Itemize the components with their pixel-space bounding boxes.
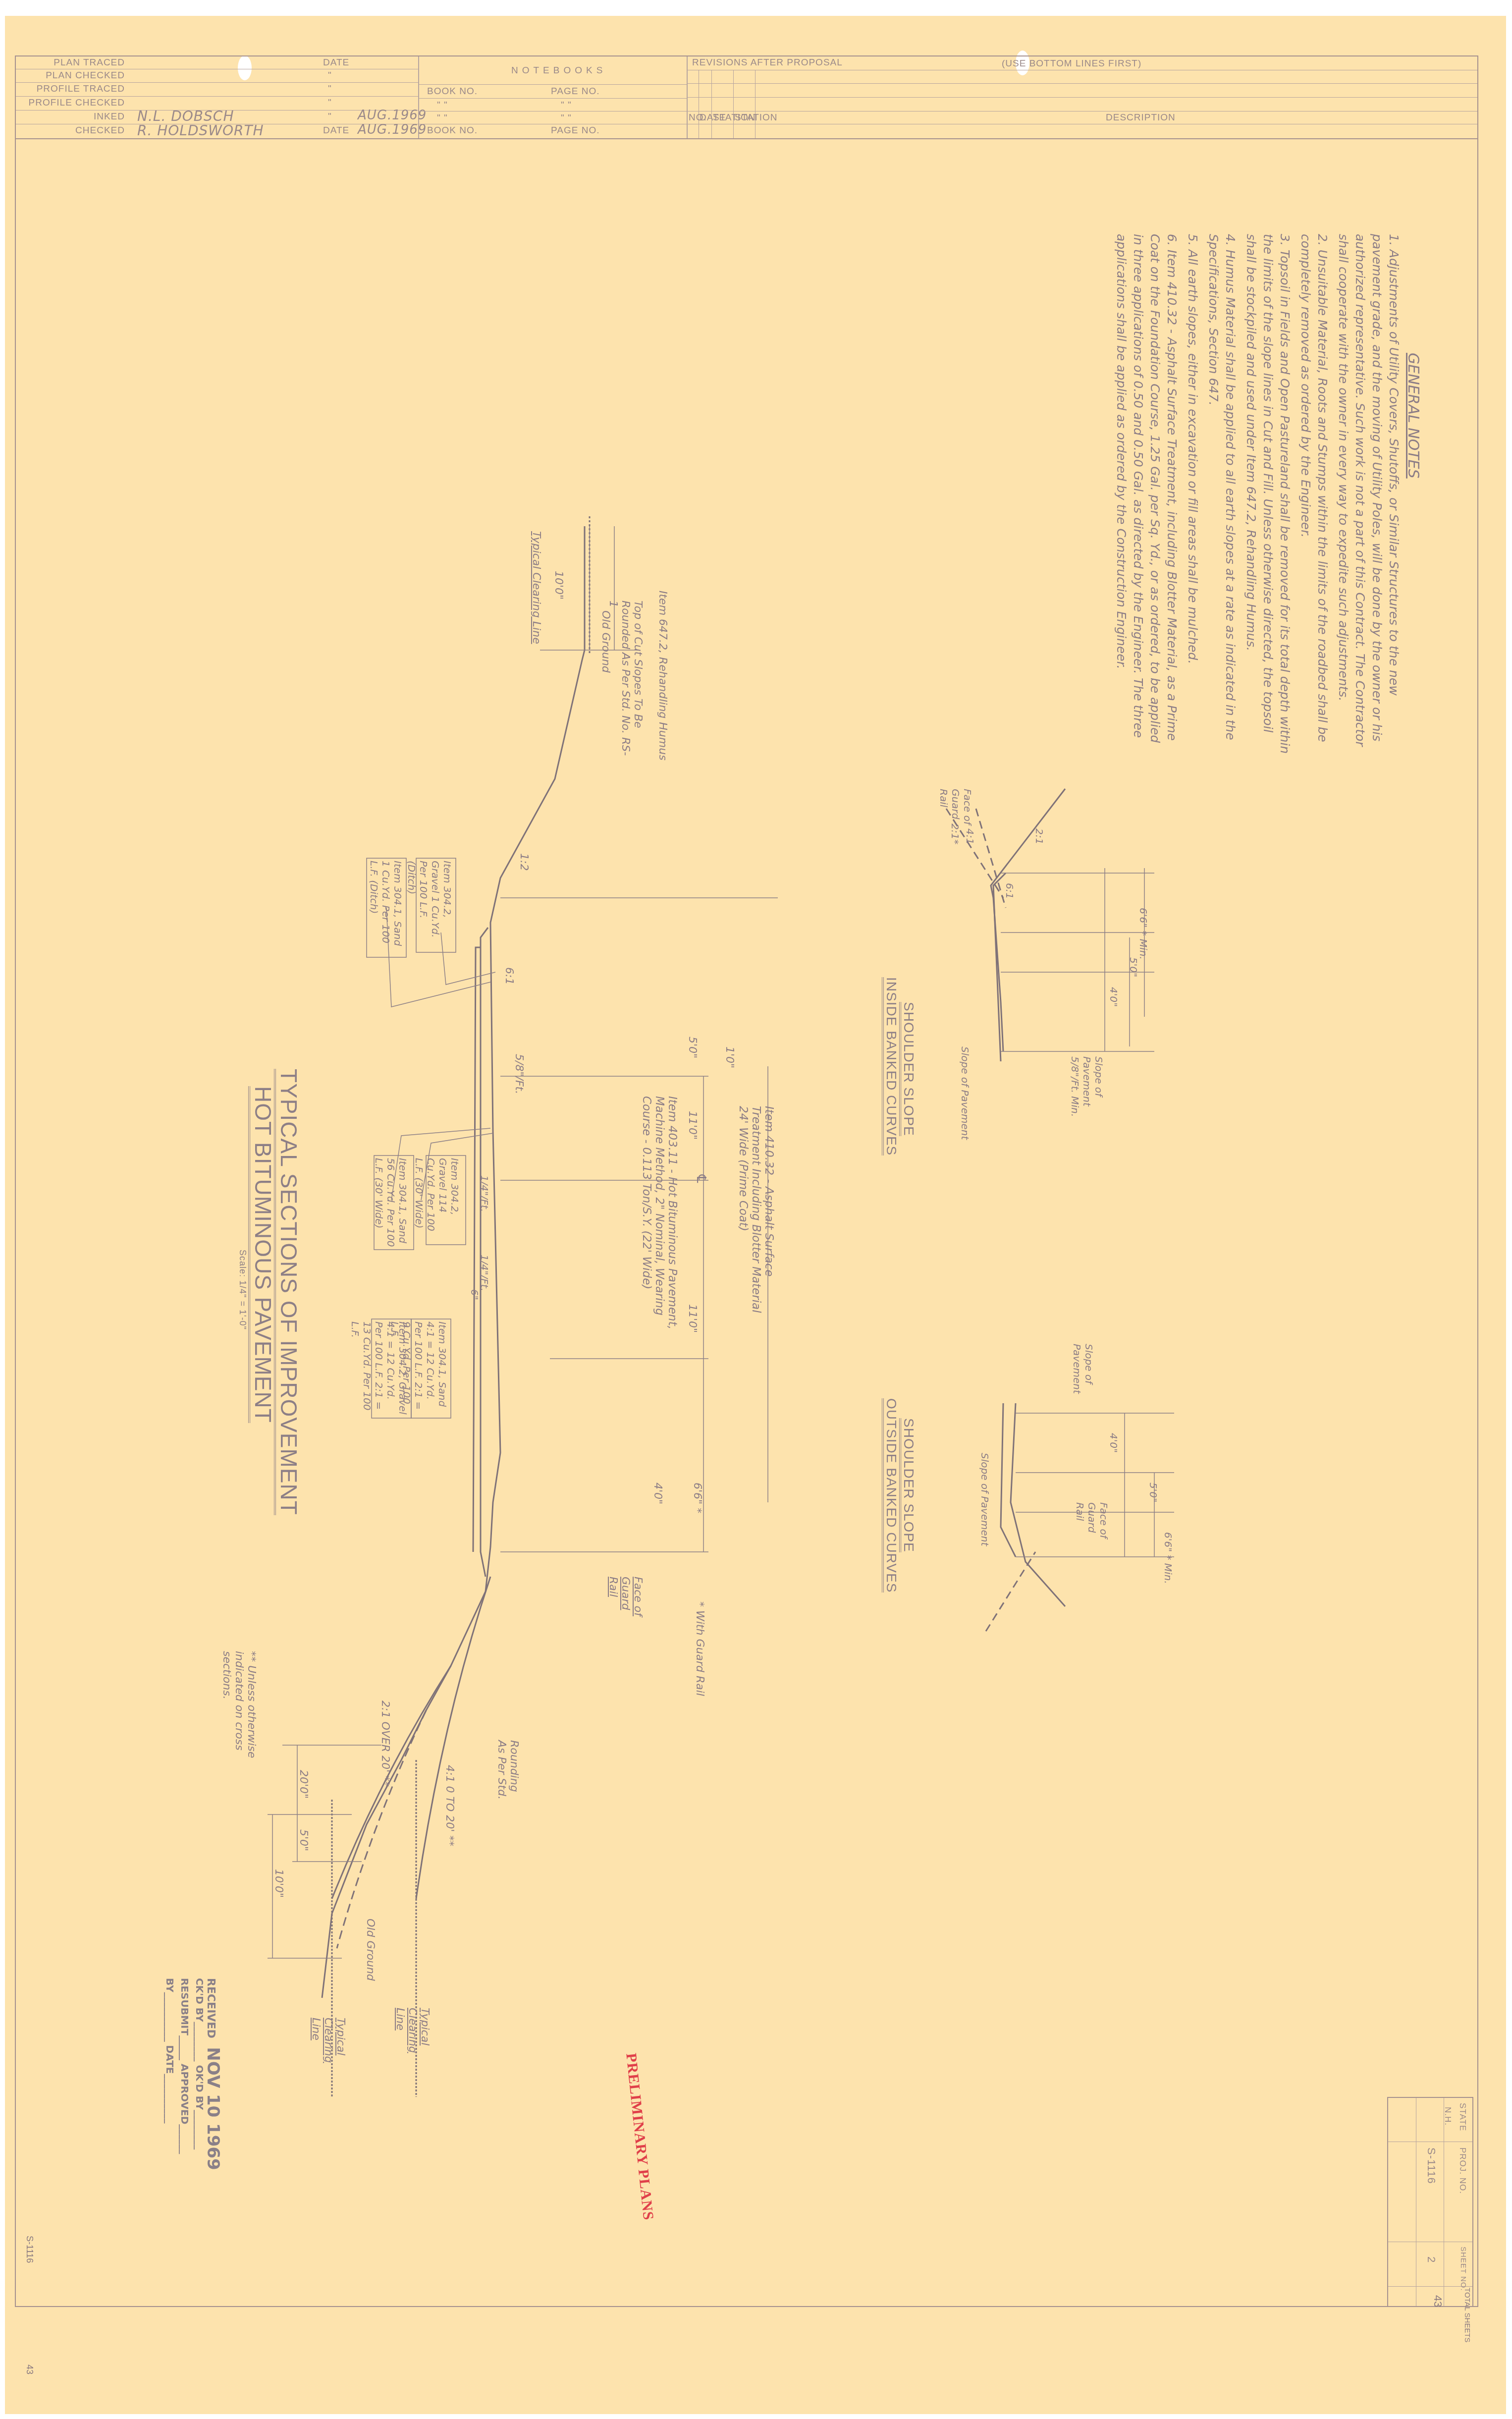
main-scale: Scale: 1/4" = 1'-0" [237,1250,248,1330]
label-top-of-cut: Top of Cut Slopes To Be Rounded As Per S… [607,601,644,759]
footnote-unless-indicated: ** Unless otherwise indicated on cross s… [220,1651,258,1780]
dim-5ft: 5'0" [1147,1483,1159,1502]
centerline-symbol: ℄ [694,1173,708,1184]
dim-10ft: 10'0" [272,1869,285,1898]
label-face-guard-rail: Face of Guard Rail [607,1577,644,1631]
stamp-approved: APPROVED [179,2064,191,2124]
main-section-subtitle: HOT BITUMINOUS PAVEMENT [250,1086,276,1423]
label-old-ground: Old Ground [364,1919,377,1981]
dim-6ft6in: 6'6" * Min. [1137,908,1149,960]
label-surface-treatment: Item 410.32 - Asphalt Surface Treatment … [737,1106,775,1314]
drawing-sheet: PLAN TRACED PLAN CHECKED PROFILE TRACED … [5,16,1506,2414]
stamp-by: BY [164,1978,176,1992]
label-slope-4-1: 4:1 0 TO 20' ** [443,1765,456,1846]
dim-11ft: 11'0" [686,1111,699,1140]
dim-5ft: 5'0" [297,1829,310,1851]
outside-curve-title: SHOULDER SLOPE [901,1418,917,1552]
inside-curve-subtitle: INSIDE BANKED CURVES [883,977,899,1155]
label-sand-ditch: Item 304.1, Sand 1 Cu.Yd. Per 100 L.F. (… [368,861,404,955]
dim-6ft6in: 6'6" * [691,1483,703,1513]
label-slope-of-pavement-min: Slope of Pavement 5/8"/Ft. Min. [1069,1056,1105,1131]
dim-10ft: 10'0" [552,571,565,600]
dim-6in: 6" [469,1289,481,1300]
label-hot-bituminous: Item 403.11 - Hot Bituminous Pavement, M… [640,1096,679,1344]
stamp-resubmit: RESUBMIT [179,1978,191,2035]
stamp-row: RESUBMIT_____ APPROVED______ [179,1978,191,2154]
stamp-row: BY__________ DATE__________ [164,1978,176,2123]
label-humus: Item 647.2, Rehandling Humus [656,591,669,761]
stamp-date-label: DATE [164,2045,176,2074]
stamp-okd-by: OK'D BY [194,2065,206,2110]
dim-20ft: 20'0" [297,1770,310,1799]
label-with-guard-rail: * With Guard Rail [694,1601,706,1696]
outside-curve-subtitle-text: OUTSIDE BANKED CURVES [882,1398,899,1593]
label-typical-clearing: Typical Clearing Line [530,531,542,644]
label-slope-2-1: 2:1 OVER 20' ** [379,1701,391,1787]
label-old-ground: Old Ground [599,610,612,673]
stamp-row: CK'D BY________ OK'D BY________ [194,1978,206,2149]
label-slope-quarter: 1/4"/Ft. [479,1175,490,1212]
label-gravel-side: Item 304.2, Gravel 4:1 = 12 Cu.Yd. Per 1… [349,1321,409,1416]
dim-5ft: 5'0" [686,1037,699,1058]
label-slope-of-pavement: Slope of Pavement [959,1046,971,1140]
label-slope-2-1: 2:1 [1033,828,1045,844]
label-slope-6-1: 6:1 [503,967,515,985]
inside-curve-title: SHOULDER SLOPE [901,1002,917,1136]
label-typical-clearing: Typical Clearing Line [394,2008,431,2062]
label-slope-4-1: 4:1 [964,828,976,844]
label-slope-6-1: 6:1 [1004,883,1016,899]
label-slope-quarter: 1/4"/Ft. [479,1255,490,1291]
stamp-received-label: RECEIVED [205,1978,217,2038]
dim-4ft: 4'0" [1108,1433,1120,1453]
outside-curve-subtitle: OUTSIDE BANKED CURVES [883,1398,899,1593]
inside-curve-title-text: SHOULDER SLOPE [899,1002,917,1136]
label-sand-main: Item 304.1, Sand 56 Cu.Yd. Per 100 L.F. … [373,1158,409,1247]
label-gravel-ditch: Item 304.2, Gravel 1 Cu.Yd. Per 100 L.F.… [406,861,453,950]
inside-curve-subtitle-text: INSIDE BANKED CURVES [882,977,899,1155]
dim-4ft: 4'0" [1108,987,1120,1007]
main-title-text: TYPICAL SECTIONS OF IMPROVEMENT [274,1069,302,1515]
label-slope-2-1-star: 2:1* [949,824,961,844]
label-typical-clearing: Typical Clearing Line [310,2018,347,2072]
dim-1ft: 1'0" [723,1046,736,1068]
dim-11ft: 11'0" [686,1304,699,1333]
stamp-ckd-by: CK'D BY [194,1978,206,2022]
label-face-guard-rail: Face of Guard Rail [1074,1502,1110,1552]
dim-4ft: 4'0" [651,1483,664,1504]
label-slope-1-2: 1:2 [518,853,530,871]
label-gravel-main: Item 304.2, Gravel 114 Cu.Yd. Per 100 L.… [413,1158,461,1242]
outside-curve-title-text: SHOULDER SLOPE [899,1418,917,1552]
dim-5ft: 5'0" [1128,957,1139,977]
label-slope-5-8: 5/8"/Ft. [513,1054,525,1094]
main-subtitle-text: HOT BITUMINOUS PAVEMENT [248,1086,276,1423]
label-rounding: Rounding As Per Std. [495,1740,520,1800]
received-stamp: RECEIVED NOV 10 1969 [203,1978,223,2170]
stamp-date: NOV 10 1969 [203,2047,223,2170]
label-slope-of-pavement: Slope of Pavement [1071,1344,1095,1418]
main-section-title: TYPICAL SECTIONS OF IMPROVEMENT [275,1069,302,1515]
dim-6ft6in: 6'6" * Min. [1162,1532,1174,1584]
label-slope-of-pavement: Slope of Pavement [979,1453,991,1546]
